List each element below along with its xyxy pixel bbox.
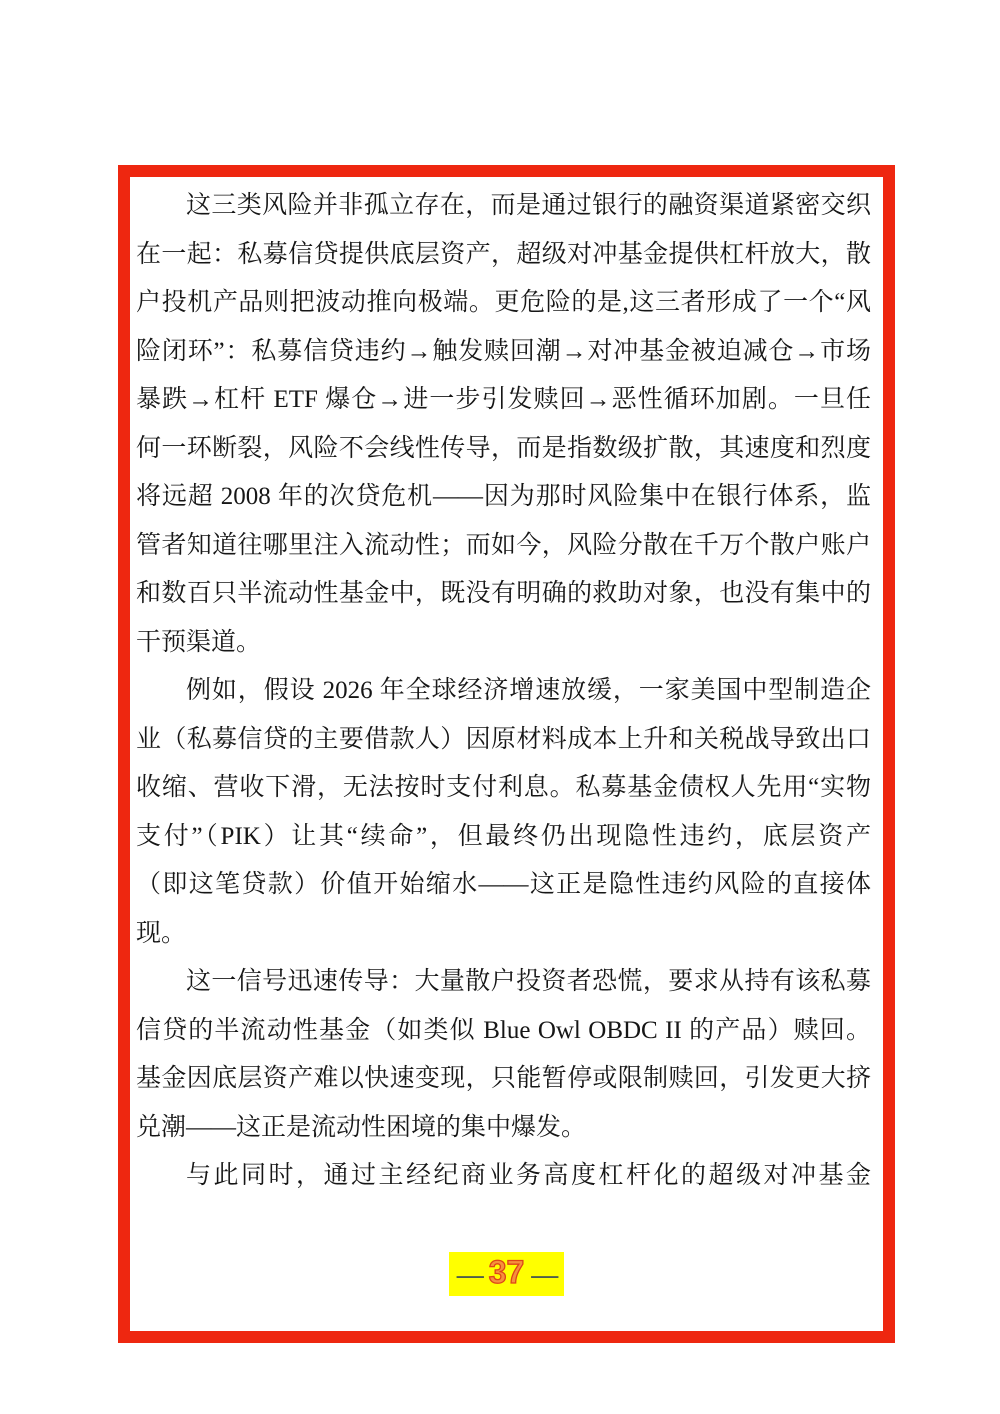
text-line: 这一信号迅速传导：大量散户投资者恐慌，要求从持有该私募 <box>136 958 871 1007</box>
page-footer: —37— <box>130 1252 883 1296</box>
text-line: 这三类风险并非孤立存在，而是通过银行的融资渠道紧密交织 <box>136 182 871 231</box>
text-line: （即这笔贷款）价值开始缩水——这正是隐性违约风险的直接体 <box>136 861 871 910</box>
text-body: 这三类风险并非孤立存在，而是通过银行的融资渠道紧密交织在一起：私募信贷提供底层资… <box>130 177 883 1201</box>
text-line: 收缩、营收下滑，无法按时支付利息。私募基金债权人先用“实物 <box>136 764 871 813</box>
text-line: 业（私募信贷的主要借款人）因原材料成本上升和关税战导致出口 <box>136 716 871 765</box>
page-number-dash-right: — <box>531 1259 556 1289</box>
page-number: 37 <box>482 1252 532 1292</box>
text-line: 兑潮——这正是流动性困境的集中爆发。 <box>136 1104 871 1153</box>
text-line: 暴跌→杠杆 ETF 爆仓→进一步引发赎回→恶性循环加剧。一旦任 <box>136 376 871 425</box>
text-line: 与此同时，通过主经纪商业务高度杠杆化的超级对冲基金 <box>136 1152 871 1201</box>
text-line: 和数百只半流动性基金中，既没有明确的救助对象，也没有集中的 <box>136 570 871 619</box>
document-page: 这三类风险并非孤立存在，而是通过银行的融资渠道紧密交织在一起：私募信贷提供底层资… <box>0 0 1000 1414</box>
text-line: 险闭环”：私募信贷违约→触发赎回潮→对冲基金被迫减仓→市场 <box>136 328 871 377</box>
text-line: 何一环断裂，风险不会线性传导，而是指数级扩散，其速度和烈度 <box>136 425 871 474</box>
page-number-dash-left: — <box>457 1259 482 1289</box>
text-line: 支付”（PIK）让其“续命”，但最终仍出现隐性违约，底层资产 <box>136 813 871 862</box>
text-line: 户投机产品则把波动推向极端。更危险的是,这三者形成了一个“风 <box>136 279 871 328</box>
page-border-frame: 这三类风险并非孤立存在，而是通过银行的融资渠道紧密交织在一起：私募信贷提供底层资… <box>118 165 895 1343</box>
text-line: 信贷的半流动性基金（如类似 Blue Owl OBDC II 的产品）赎回。 <box>136 1007 871 1056</box>
text-line: 干预渠道。 <box>136 619 871 668</box>
text-line: 现。 <box>136 910 871 959</box>
text-line: 管者知道往哪里注入流动性；而如今，风险分散在千万个散户账户 <box>136 522 871 571</box>
text-line: 基金因底层资产难以快速变现，只能暂停或限制赎回，引发更大挤 <box>136 1055 871 1104</box>
text-line: 在一起：私募信贷提供底层资产，超级对冲基金提供杠杆放大，散 <box>136 231 871 280</box>
page-number-highlight: —37— <box>449 1252 565 1296</box>
text-line: 例如，假设 2026 年全球经济增速放缓，一家美国中型制造企 <box>136 667 871 716</box>
text-line: 将远超 2008 年的次贷危机——因为那时风险集中在银行体系，监 <box>136 473 871 522</box>
